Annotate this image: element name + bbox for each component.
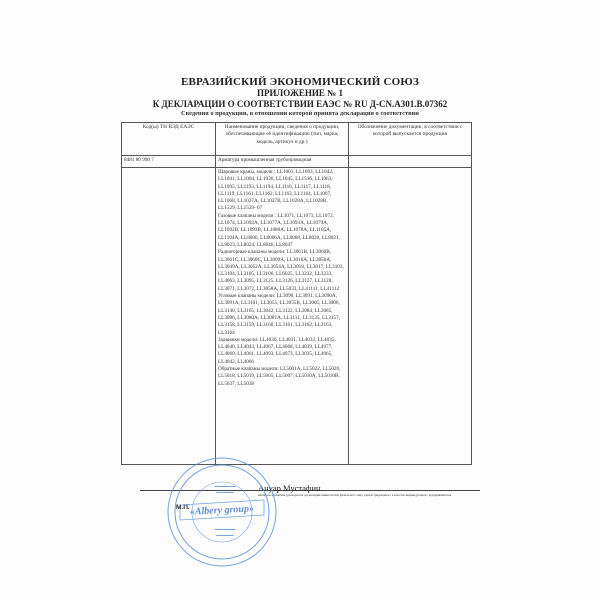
model-group: Шаровые краны, модели : LL1001, LL1003, …	[218, 169, 346, 213]
empty-cell	[122, 168, 216, 465]
svg-text:▬▬▬▬▬: ▬▬▬▬▬	[216, 490, 234, 494]
model-group: Радиаторные клапаны модели: LL3061B, LL3…	[218, 249, 346, 293]
document-page: ЕВРАЗИЙСКИЙ ЭКОНОМИЧЕСКИЙ СОЮЗ ПРИЛОЖЕНИ…	[0, 0, 600, 600]
appendix-title: ПРИЛОЖЕНИЕ № 1	[0, 88, 600, 98]
svg-text:▬▬▬▬▬▬: ▬▬▬▬▬▬	[215, 527, 237, 531]
table-header-row: Код(ы) ТН ВЭД ЕАЭС Наименование продукци…	[122, 123, 472, 156]
declaration-subtitle: Сведения о продукции, в отношении которо…	[0, 110, 600, 117]
table-row: Шаровые краны, модели : LL1001, LL1003, …	[122, 168, 472, 465]
empty-cell	[349, 168, 472, 465]
table-row: 8481 80 990 7 Арматура промышленная труб…	[122, 156, 472, 168]
hs-code-cell: 8481 80 990 7	[122, 156, 216, 168]
header-documentation: Обозначение документации, в соответствии…	[349, 123, 472, 156]
product-cell: Арматура промышленная трубопроводная	[216, 156, 349, 168]
union-title: ЕВРАЗИЙСКИЙ ЭКОНОМИЧЕСКИЙ СОЮЗ	[0, 76, 600, 88]
header-product-name: Наименование продукции, сведения о проду…	[216, 123, 349, 156]
signer-note: инициалы и фамилия руководителя организа…	[258, 494, 458, 498]
model-group: Задвижки модели: LL4030, LL4031, LL4032,…	[218, 337, 346, 366]
svg-text:▬▬▬▬▬: ▬▬▬▬▬	[216, 533, 234, 537]
stamp-company: «Albery group»	[190, 503, 255, 517]
svg-text:▬▬▬▬▬▬: ▬▬▬▬▬▬	[215, 484, 237, 488]
declaration-title: К ДЕКЛАРАЦИИ О СООТВЕТСТВИИ ЕАЭС № RU Д-…	[0, 99, 600, 109]
model-group: Угловые клапаны модели: LL3090, LL3091, …	[218, 293, 346, 337]
model-group: Обратные клапаны модели: LL5001A, LL5022…	[218, 366, 346, 388]
header-hs-code: Код(ы) ТН ВЭД ЕАЭС	[122, 123, 216, 156]
products-table: Код(ы) ТН ВЭД ЕАЭС Наименование продукци…	[121, 122, 472, 465]
documentation-cell	[349, 156, 472, 168]
models-cell: Шаровые краны, модели : LL1001, LL1003, …	[216, 168, 349, 465]
company-stamp-icon: «Albery group» ▬▬▬▬▬▬ ▬▬▬▬▬ ▬▬▬▬▬▬ ▬▬▬▬▬	[165, 455, 280, 570]
model-group: Газовые клапаны модели : LL1071, LL1073,…	[218, 213, 346, 249]
